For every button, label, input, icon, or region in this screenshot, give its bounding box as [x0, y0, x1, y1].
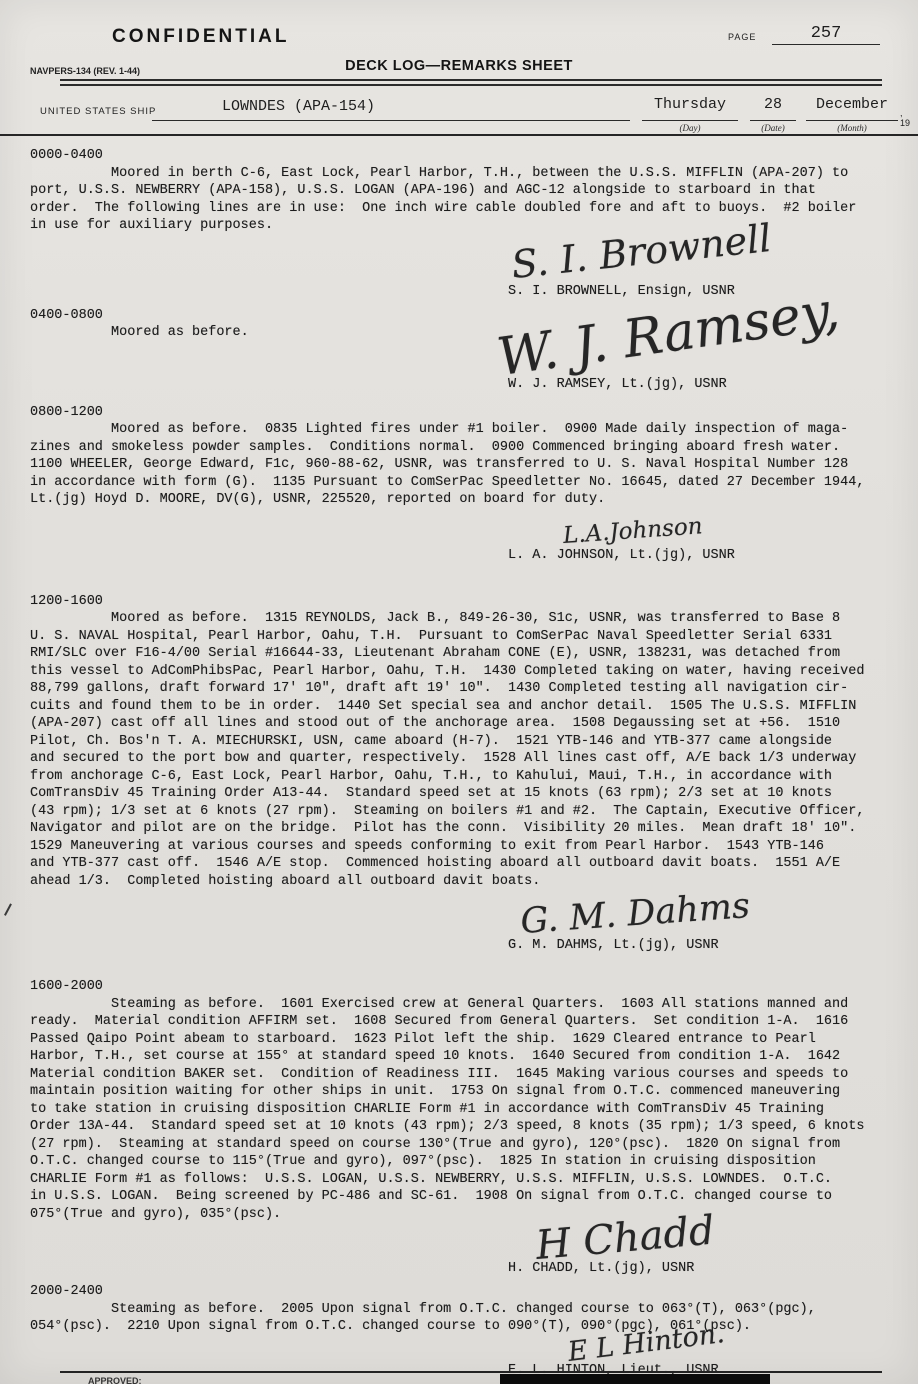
log-section-0800-1200: 0800-1200 Moored as before. 0835 Lighted… [30, 404, 890, 565]
month-caption: (Month) [806, 123, 898, 133]
ship-name-field: LOWNDES (APA-154) [152, 96, 630, 121]
page-number: 257 [772, 24, 880, 45]
page-number-field: PAGE 257 [734, 24, 884, 45]
remarks-body: 0000-0400 Moored in berth C-6, East Lock… [0, 140, 918, 1380]
signature-typed-name: G. M. DAHMS, Lt.(jg), USNR [508, 937, 719, 955]
document-title: DECK LOG—REMARKS SHEET [0, 58, 918, 74]
signature-typed-name: H. CHADD, Lt.(jg), USNR [508, 1260, 694, 1278]
section-entry-text: Steaming as before. 2005 Upon signal fro… [30, 1301, 890, 1336]
form-header: CONFIDENTIAL PAGE 257 NAVPERS-134 (REV. … [0, 0, 918, 140]
section-time-range: 0800-1200 [30, 404, 890, 422]
footer-rule [60, 1371, 882, 1373]
log-section-2000-2400: 2000-2400 Steaming as before. 2005 Upon … [30, 1283, 890, 1380]
signature-block: W. J. Ramsey, W. J. RAMSEY, Lt.(jg), USN… [508, 336, 808, 394]
section-time-range: 0000-0400 [30, 147, 890, 165]
ship-label: UNITED STATES SHIP [40, 106, 156, 117]
handwritten-signature: G. M. Dahms [519, 886, 751, 942]
section-entry-text: Steaming as before. 1601 Exercised crew … [30, 996, 890, 1224]
signature-block: H Chadd H. CHADD, Lt.(jg), USNR [508, 1225, 808, 1277]
approved-label: APPROVED: [88, 1376, 142, 1384]
signature-typed-name: L. A. JOHNSON, Lt.(jg), USNR [508, 547, 735, 565]
scan-artifact-bar [500, 1374, 770, 1384]
handwritten-signature: L.A.Johnson [562, 513, 703, 549]
date-caption: (Date) [750, 123, 796, 133]
section-time-range: 2000-2400 [30, 1283, 890, 1301]
classification-stamp: CONFIDENTIAL [112, 26, 289, 48]
log-section-0400-0800: 0400-0800 Moored as before. W. J. Ramsey… [30, 307, 890, 394]
signature-typed-name: W. J. RAMSEY, Lt.(jg), USNR [508, 376, 727, 394]
log-section-1200-1600: 1200-1600 Moored as before. 1315 REYNOLD… [30, 593, 890, 955]
header-rule [0, 134, 918, 136]
date-group: Thursday 28 December , 19 44 (Day) (Date… [640, 96, 888, 136]
page-label: PAGE [728, 32, 756, 42]
deck-log-page: CONFIDENTIAL PAGE 257 NAVPERS-134 (REV. … [0, 0, 918, 1384]
section-time-range: 1200-1600 [30, 593, 890, 611]
ship-name: LOWNDES (APA-154) [222, 98, 375, 115]
signature-block: G. M. Dahms G. M. DAHMS, Lt.(jg), USNR [508, 898, 808, 954]
year-prefix: , 19 [900, 108, 910, 128]
section-entry-text: Moored as before. 0835 Lighted fires und… [30, 421, 890, 509]
signature-block: L.A.Johnson L. A. JOHNSON, Lt.(jg), USNR [508, 517, 808, 565]
date-field: 28 [750, 96, 796, 121]
month-field: December [806, 96, 898, 121]
signature-typed-name: S. I. BROWNELL, Ensign, USNR [508, 283, 735, 301]
log-section-1600-2000: 1600-2000 Steaming as before. 1601 Exerc… [30, 978, 890, 1277]
double-rule [60, 79, 882, 86]
section-entry-text: Moored as before. 1315 REYNOLDS, Jack B.… [30, 610, 890, 890]
section-time-range: 1600-2000 [30, 978, 890, 996]
log-section-0000-0400: 0000-0400 Moored in berth C-6, East Lock… [30, 147, 890, 301]
day-field: Thursday [642, 96, 738, 121]
day-caption: (Day) [642, 123, 738, 133]
